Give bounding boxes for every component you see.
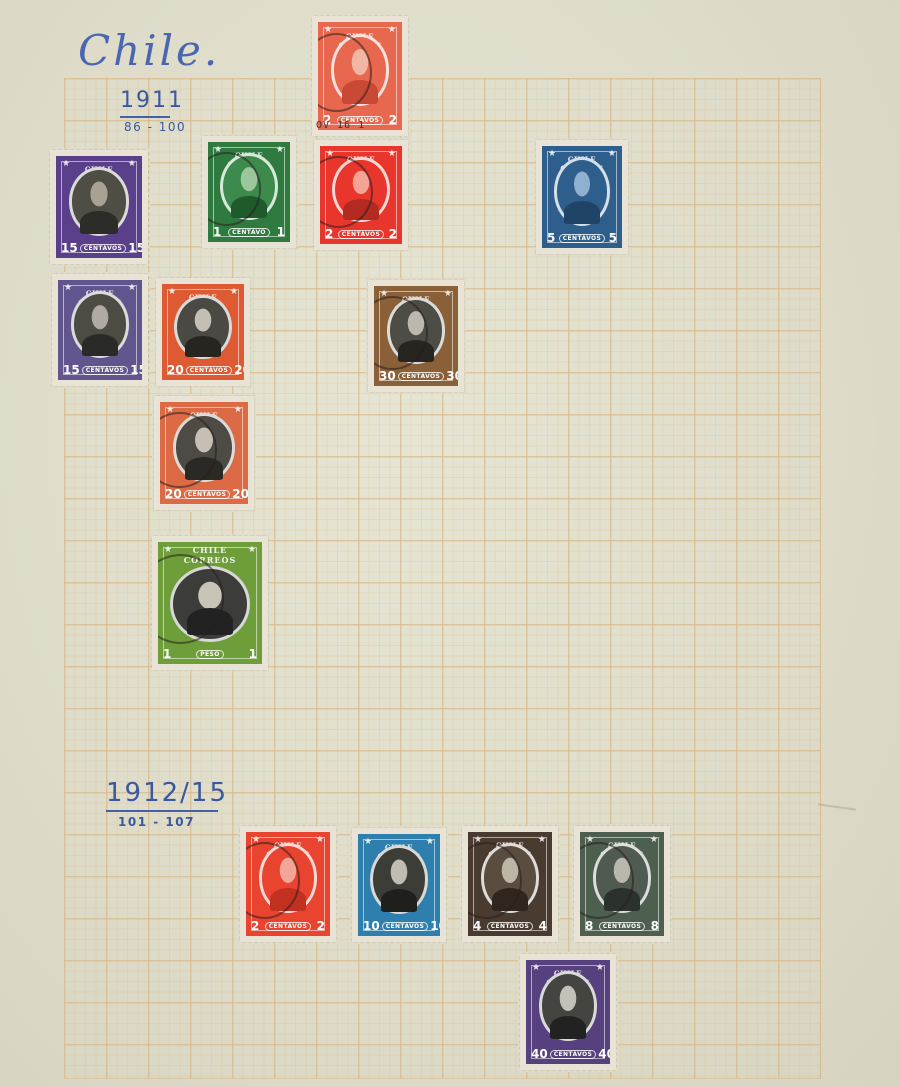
underline bbox=[120, 116, 170, 118]
postage-stamp-1-peso: ★ ★ CHILE CORREOS 1 PESO 1 bbox=[152, 536, 268, 670]
denomination-left: 1 bbox=[161, 647, 173, 661]
denomination-row: 2 CENTAVOS 2 bbox=[249, 919, 327, 933]
postage-stamp-20-centavos: ★ ★ CHILE CORREOS 20 CENTAVOS 20 bbox=[154, 396, 254, 510]
denomination-unit: CENTAVOS bbox=[398, 372, 445, 381]
denomination-right: 15 bbox=[128, 363, 142, 377]
denomination-right: 1 bbox=[275, 225, 287, 239]
denomination-left: 20 bbox=[163, 487, 184, 501]
denomination-right: 2 bbox=[387, 113, 399, 127]
denomination-left: 40 bbox=[529, 1047, 550, 1061]
postage-stamp-2-centavos: ★ ★ CHILE CORREOS 2 CENTAVOS 2 bbox=[314, 140, 408, 250]
denomination-left: 5 bbox=[545, 231, 557, 245]
postage-stamp-4-centavos: ★ ★ CHILE CORREOS 4 CENTAVOS 4 bbox=[462, 826, 558, 942]
denomination-right: 15 bbox=[126, 241, 142, 255]
postmark-text: OV 16 1 bbox=[316, 120, 365, 131]
postage-stamp-20-centavos: ★ ★ CHILE CORREOS 20 CENTAVOS 20 bbox=[156, 278, 250, 386]
postage-stamp-2-centavos: ★ ★ CHILE CORREOS 2 CENTAVOS 2 bbox=[240, 826, 336, 942]
denomination-left: 20 bbox=[165, 363, 186, 377]
denomination-right: 1 bbox=[247, 647, 259, 661]
postage-stamp-15-centavos: ★ ★ CHILE CORREOS 15 CENTAVOS 15 bbox=[52, 274, 148, 386]
denomination-row: 1 CENTAVO 1 bbox=[211, 225, 287, 239]
country-heading: Chile. bbox=[78, 26, 220, 75]
denomination-right: 2 bbox=[315, 919, 327, 933]
section-year-1911: 1911 bbox=[120, 88, 184, 113]
denomination-row: 15 CENTAVOS 15 bbox=[59, 241, 139, 255]
denomination-unit: CENTAVOS bbox=[599, 922, 646, 931]
denomination-right: 4 bbox=[537, 919, 549, 933]
stamp-design: ★ ★ CHILE CORREOS 1 PESO 1 bbox=[158, 542, 262, 664]
denomination-left: 1 bbox=[211, 225, 223, 239]
stamp-design: ★ ★ CHILE CORREOS 15 CENTAVOS 15 bbox=[56, 156, 142, 258]
denomination-left: 15 bbox=[59, 241, 80, 255]
postage-stamp-1-centavo: ★ ★ CHILE CORREOS 1 CENTAVO 1 bbox=[202, 136, 296, 248]
denomination-row: 2 CENTAVOS 2 bbox=[323, 227, 399, 241]
denomination-left: 10 bbox=[361, 919, 382, 933]
album-page: Chile. 1911 86 - 100 1912/15 101 - 107 ★… bbox=[0, 0, 900, 1087]
denomination-unit: CENTAVOS bbox=[550, 1050, 597, 1059]
denomination-unit: CENTAVOS bbox=[80, 244, 127, 253]
portrait-bust bbox=[564, 201, 599, 223]
stamp-design: ★ ★ CHILE CORREOS 1 CENTAVO 1 bbox=[208, 142, 290, 242]
denomination-left: 8 bbox=[583, 919, 595, 933]
stamp-design: ★ ★ CHILE CORREOS 20 CENTAVOS 20 bbox=[162, 284, 244, 380]
denomination-right: 10 bbox=[428, 919, 440, 933]
denomination-right: 40 bbox=[596, 1047, 610, 1061]
denomination-unit: CENTAVOS bbox=[338, 230, 385, 239]
denomination-row: 40 CENTAVOS 40 bbox=[529, 1047, 607, 1061]
denomination-right: 20 bbox=[230, 487, 248, 501]
portrait-bust bbox=[82, 334, 119, 356]
postage-stamp-5-centavos: ★ ★ CHILE CORREOS 5 CENTAVOS 5 bbox=[536, 140, 628, 254]
denomination-unit: CENTAVOS bbox=[186, 366, 233, 375]
denomination-row: 20 CENTAVOS 20 bbox=[163, 487, 245, 501]
denomination-unit: CENTAVOS bbox=[82, 366, 129, 375]
stamp-design: ★ ★ CHILE CORREOS 4 CENTAVOS 4 bbox=[468, 832, 552, 936]
postage-stamp-30-centavos: ★ ★ CHILE CORREOS 30 CENTAVOS 30 bbox=[368, 280, 464, 392]
stamp-design: ★ ★ CHILE CORREOS 8 CENTAVOS 8 bbox=[580, 832, 664, 936]
denomination-unit: CENTAVOS bbox=[184, 490, 231, 499]
stamp-design: ★ ★ CHILE CORREOS 15 CENTAVOS 15 bbox=[58, 280, 142, 380]
stamp-design: ★ ★ CHILE CORREOS 40 CENTAVOS 40 bbox=[526, 960, 610, 1064]
postage-stamp-40-centavos: ★ ★ CHILE CORREOS 40 CENTAVOS 40 bbox=[520, 954, 616, 1070]
stamp-design: ★ ★ CHILE CORREOS 10 CENTAVOS 10 bbox=[358, 834, 440, 936]
denomination-left: 2 bbox=[249, 919, 261, 933]
stamp-design: ★ ★ CHILE CORREOS 2 CENTAVOS 2 bbox=[318, 22, 402, 130]
denomination-right: 2 bbox=[387, 227, 399, 241]
denomination-row: 1 PESO 1 bbox=[161, 647, 259, 661]
denomination-row: 15 CENTAVOS 15 bbox=[61, 363, 139, 377]
stamp-design: ★ ★ CHILE CORREOS 2 CENTAVOS 2 bbox=[246, 832, 330, 936]
denomination-right: 20 bbox=[232, 363, 244, 377]
portrait-bust bbox=[381, 889, 417, 911]
denomination-left: 2 bbox=[323, 227, 335, 241]
denomination-row: 10 CENTAVOS 10 bbox=[361, 919, 437, 933]
denomination-row: 4 CENTAVOS 4 bbox=[471, 919, 549, 933]
denomination-unit: CENTAVOS bbox=[265, 922, 312, 931]
denomination-unit: CENTAVOS bbox=[487, 922, 534, 931]
postage-stamp-15-centavos: ★ ★ CHILE CORREOS 15 CENTAVOS 15 bbox=[50, 150, 148, 264]
denomination-unit: CENTAVO bbox=[228, 228, 270, 237]
denomination-unit: PESO bbox=[196, 650, 224, 659]
denomination-right: 5 bbox=[607, 231, 619, 245]
portrait-bust bbox=[185, 336, 221, 357]
postage-stamp-8-centavos: ★ ★ CHILE CORREOS 8 CENTAVOS 8 bbox=[574, 826, 670, 942]
stamp-design: ★ ★ CHILE CORREOS 2 CENTAVOS 2 bbox=[320, 146, 402, 244]
section-year-1912-15: 1912/15 bbox=[106, 778, 228, 808]
portrait-bust bbox=[80, 211, 118, 233]
denomination-left: 15 bbox=[61, 363, 82, 377]
postage-stamp-10-centavos: ★ ★ CHILE CORREOS 10 CENTAVOS 10 bbox=[352, 828, 446, 942]
stamp-design: ★ ★ CHILE CORREOS 20 CENTAVOS 20 bbox=[160, 402, 248, 504]
denomination-right: 30 bbox=[444, 369, 458, 383]
paper-mark bbox=[818, 803, 856, 810]
denomination-right: 8 bbox=[649, 919, 661, 933]
underline bbox=[106, 810, 218, 812]
denomination-row: 8 CENTAVOS 8 bbox=[583, 919, 661, 933]
stamp-design: ★ ★ CHILE CORREOS 30 CENTAVOS 30 bbox=[374, 286, 458, 386]
catalogue-range-1912-15: 101 - 107 bbox=[118, 815, 195, 829]
denomination-left: 4 bbox=[471, 919, 483, 933]
postage-stamp-2-centavos: ★ ★ CHILE CORREOS 2 CENTAVOS 2 bbox=[312, 16, 408, 136]
catalogue-range-1911: 86 - 100 bbox=[124, 120, 186, 134]
denomination-unit: CENTAVOS bbox=[382, 922, 429, 931]
portrait-bust bbox=[550, 1016, 587, 1039]
denomination-row: 20 CENTAVOS 20 bbox=[165, 363, 241, 377]
denomination-left: 30 bbox=[377, 369, 398, 383]
denomination-row: 5 CENTAVOS 5 bbox=[545, 231, 619, 245]
stamp-design: ★ ★ CHILE CORREOS 5 CENTAVOS 5 bbox=[542, 146, 622, 248]
denomination-unit: CENTAVOS bbox=[559, 234, 606, 243]
denomination-row: 30 CENTAVOS 30 bbox=[377, 369, 455, 383]
